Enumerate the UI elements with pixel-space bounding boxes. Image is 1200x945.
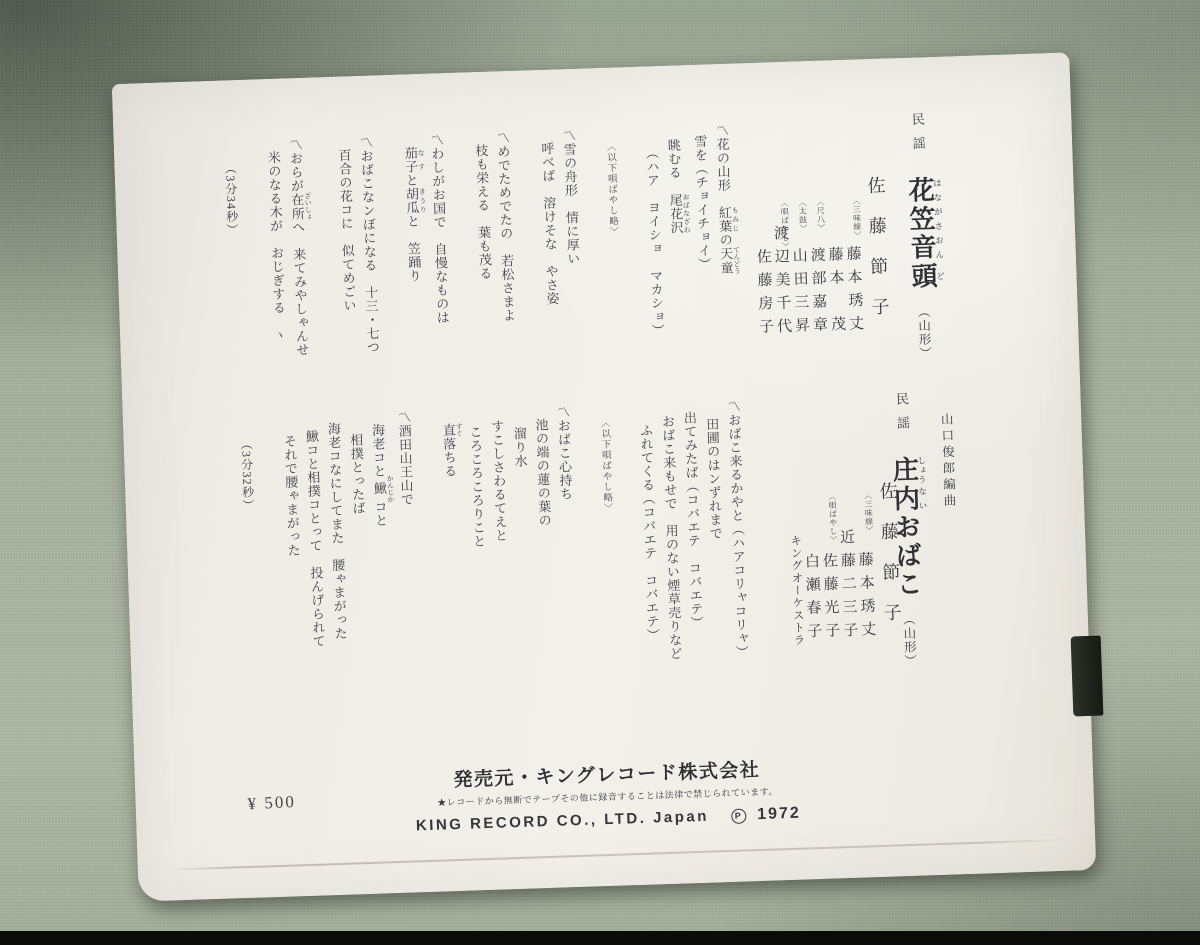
sleeve-flap-seam [166, 839, 1066, 871]
performer-column: 〈唄ばやし〉佐藤光子 [823, 492, 843, 645]
genre-label: 民謡 [908, 112, 929, 161]
sleeve-edge-notch [1071, 636, 1104, 717]
performer-name: 佐藤節子 [874, 481, 905, 644]
publisher-en-text: KING RECORD CO., LTD. Japan [416, 808, 709, 835]
record-sleeve-back: 民謡 花はな笠がさ音おん頭ど （山形） 佐藤節子〈三味線〉藤本琇丈藤本 茂〈尺八… [112, 52, 1097, 901]
verse: 〽おばこ心持ち池の端の蓮の葉の溜り水すこしさわるてえところころころりこと直すぐ落… [436, 405, 585, 761]
publisher-block: 発売元・キングレコード株式会社 ★レコードから無断でテープその他に録音することは… [397, 753, 819, 836]
performer-column: 近藤二三子 [841, 492, 861, 645]
performer-column: 藤本 茂 [829, 197, 849, 339]
hayashi-note-column: 〈以下唄ばやし略〉 [595, 404, 623, 756]
performer-name: キングオーケストラ [787, 535, 807, 647]
photo-background: 民謡 花はな笠がさ音おん頭ど （山形） 佐藤節子〈三味線〉藤本琇丈藤本 茂〈尺八… [0, 0, 1200, 945]
performer-column: 佐藤節子 [868, 195, 894, 338]
arranger-credit: 山口俊郎編曲 [936, 390, 964, 700]
instrument-label: 〈尺八〉 [815, 197, 827, 232]
title-column: 民謡 花はな笠がさ音おん頭ど （山形） [899, 112, 950, 413]
duration-label: （3分32秒） [235, 416, 267, 768]
performer-column: キングオーケストラ [789, 493, 807, 646]
publisher-name-en: KING RECORD CO., LTD. Japan P 1972 [398, 804, 818, 836]
performer-name: 佐藤房子 [753, 248, 777, 342]
lyrics-block: 〽おばこ来るかやと（ハアコリャコリャ）田圃のはンずれまで出てみたば（コバエテ コ… [213, 399, 756, 768]
performer-column: 〈唄ばやし〉渡辺美千代 [775, 199, 795, 341]
performer-name: 佐藤節子 [862, 175, 893, 338]
song-section-hanagasa: 民謡 花はな笠がさ音おん頭ど （山形） 佐藤節子〈三味線〉藤本琇丈藤本 茂〈尺八… [112, 52, 1069, 84]
copyright-year: 1972 [757, 805, 801, 823]
verse: 〽酒田山王山で海老コと鰍かんじかコと相撲とったば海老コなにしてまた 腰ゃまがった… [277, 410, 426, 766]
price-label: ¥ 500 [247, 792, 296, 814]
performer-column: 〈尺八〉渡部嘉章 [811, 197, 831, 339]
song-title: 花はな笠がさ音おん頭ど [901, 176, 946, 292]
hayashi-abbrev-note: 〈以下唄ばやし略〉 [595, 404, 623, 756]
region-label: （山形） [914, 305, 934, 361]
verse: 〽おばこ来るかやと（ハアコリャコリャ）田圃のはンずれまで出てみたば（コバエテ コ… [633, 399, 755, 754]
performer-credits: 佐藤節子〈三味線〉藤本琇丈藤本 茂〈尺八〉渡部嘉章〈太鼓〉山田三昇〈唄ばやし〉渡… [754, 195, 894, 341]
performer-column: 白瀬春子 [805, 493, 825, 646]
song-section-shonai-obako: 山口俊郎編曲 民謡 庄しょう内ないおばこ （山形） 佐藤節子〈三味線〉藤本琇丈近… [112, 52, 1069, 84]
genre-label: 民謡 [892, 392, 913, 441]
instrument-label: 〈三味線〉 [863, 491, 875, 535]
p-in-circle-mark: P [731, 808, 746, 823]
performer-column: 佐藤房子 [757, 199, 777, 341]
song-title-block: 民謡 花はな笠がさ音おん頭ど （山形） [899, 112, 950, 413]
instrument-label: 〈唄ばやし〉 [827, 492, 840, 544]
instrument-label: 〈三味線〉 [851, 196, 863, 240]
duration-column: （3分32秒） [235, 416, 267, 768]
photo-bottom-edge [0, 931, 1200, 945]
performer-credits: 佐藤節子〈三味線〉藤本琇丈近藤二三子〈唄ばやし〉佐藤光子白瀬春子キングオーケスト… [786, 490, 906, 647]
instrument-label: 〈太鼓〉 [797, 198, 809, 233]
performer-column: 〈太鼓〉山田三昇 [793, 198, 813, 340]
